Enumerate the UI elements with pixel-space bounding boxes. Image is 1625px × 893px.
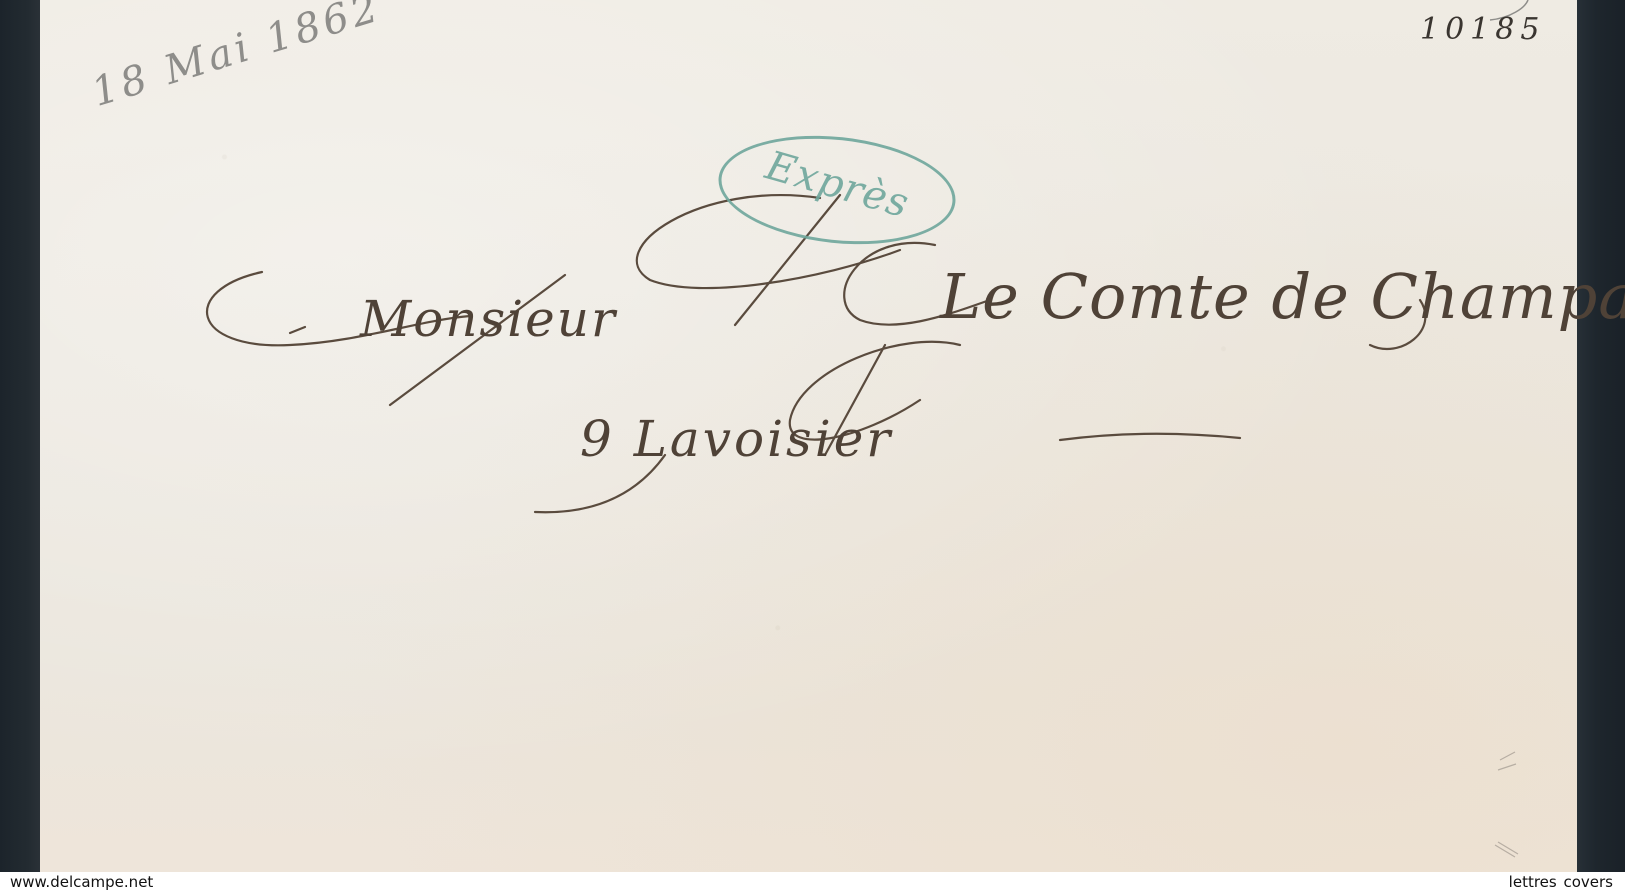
- watermark-seller-caption: lettres covers: [1509, 872, 1613, 893]
- address-street: 9 Lavoisier: [580, 410, 893, 468]
- envelope-scan: 18 Mai 1862 10185 Exprès Monsieur Le Com…: [0, 0, 1625, 872]
- address-recipient-name: Le Comte de Champagny: [940, 260, 1625, 333]
- caption-bar: [0, 872, 1625, 893]
- inventory-number: 10185: [1420, 12, 1545, 47]
- watermark-site-caption: www.delcampe.net: [10, 872, 153, 893]
- address-salutation: Monsieur: [360, 290, 617, 348]
